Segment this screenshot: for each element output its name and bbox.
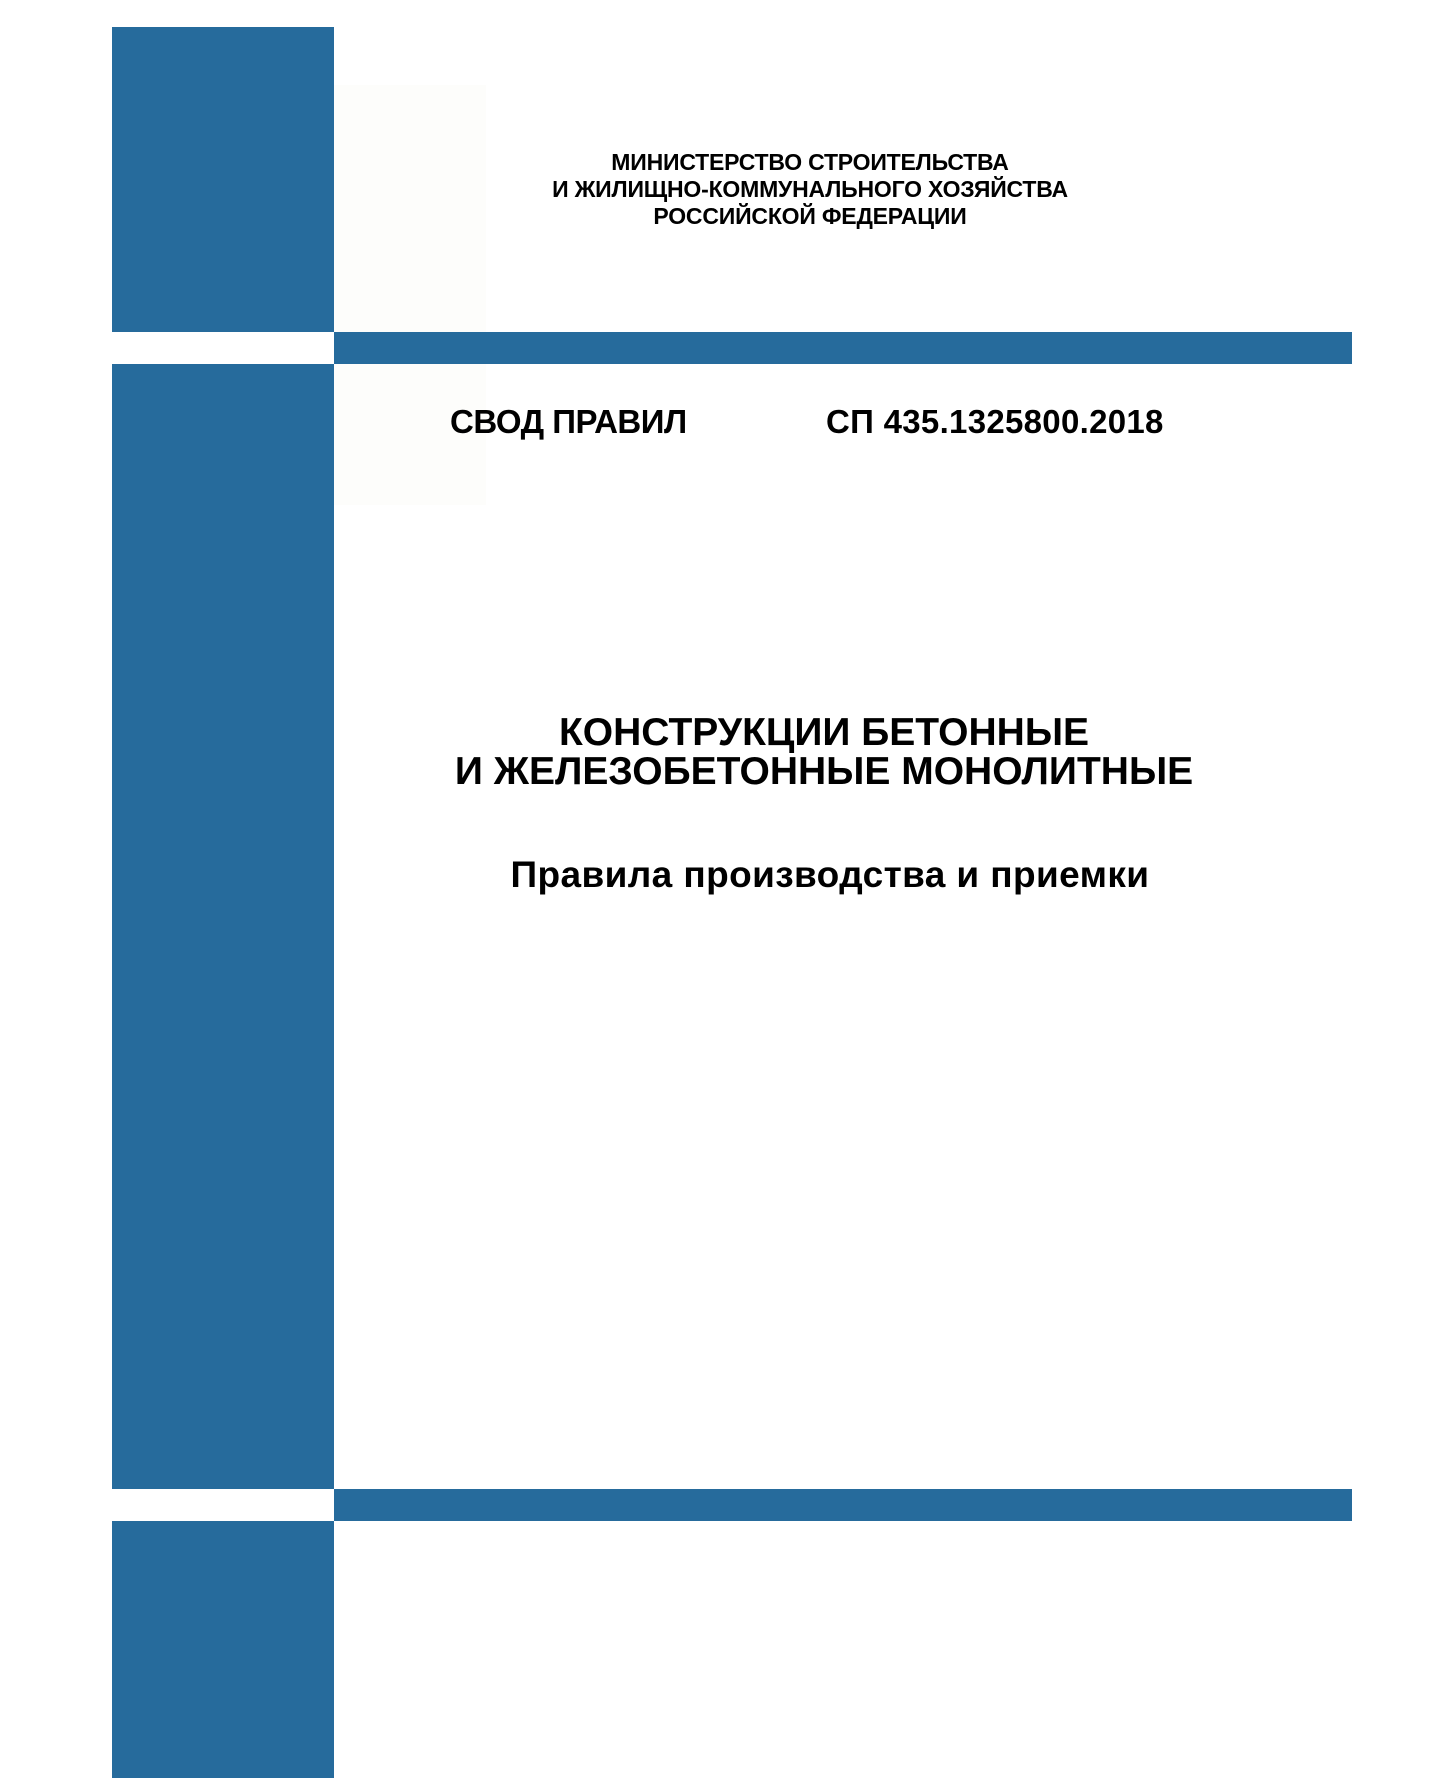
decorative-blue-bar-top xyxy=(334,332,1352,364)
document-type-label: СВОД ПРАВИЛ xyxy=(450,402,687,442)
decorative-blue-column-middle xyxy=(112,364,334,1489)
decorative-blue-column-top xyxy=(112,27,334,332)
document-cover: МИНИСТЕРСТВО СТРОИТЕЛЬСТВА И ЖИЛИЩНО-КОМ… xyxy=(0,0,1441,1778)
ministry-line: МИНИСТЕРСТВО СТРОИТЕЛЬСТВА xyxy=(510,149,1110,176)
ministry-line: РОССИЙСКОЙ ФЕДЕРАЦИИ xyxy=(510,203,1110,230)
document-subtitle: Правила производства и приемки xyxy=(380,853,1280,897)
title-line: КОНСТРУКЦИИ БЕТОННЫЕ xyxy=(374,713,1274,752)
document-title: КОНСТРУКЦИИ БЕТОННЫЕ И ЖЕЛЕЗОБЕТОННЫЕ МО… xyxy=(374,713,1274,791)
background-tint xyxy=(334,85,486,505)
title-line: И ЖЕЛЕЗОБЕТОННЫЕ МОНОЛИТНЫЕ xyxy=(374,752,1274,791)
decorative-blue-bar-bottom xyxy=(334,1489,1352,1521)
ministry-heading: МИНИСТЕРСТВО СТРОИТЕЛЬСТВА И ЖИЛИЩНО-КОМ… xyxy=(510,149,1110,230)
decorative-blue-column-bottom xyxy=(112,1521,334,1778)
ministry-line: И ЖИЛИЩНО-КОММУНАЛЬНОГО ХОЗЯЙСТВА xyxy=(510,176,1110,203)
document-code-row: СВОД ПРАВИЛ СП 435.1325800.2018 xyxy=(450,402,1250,442)
document-code: СП 435.1325800.2018 xyxy=(826,402,1164,442)
